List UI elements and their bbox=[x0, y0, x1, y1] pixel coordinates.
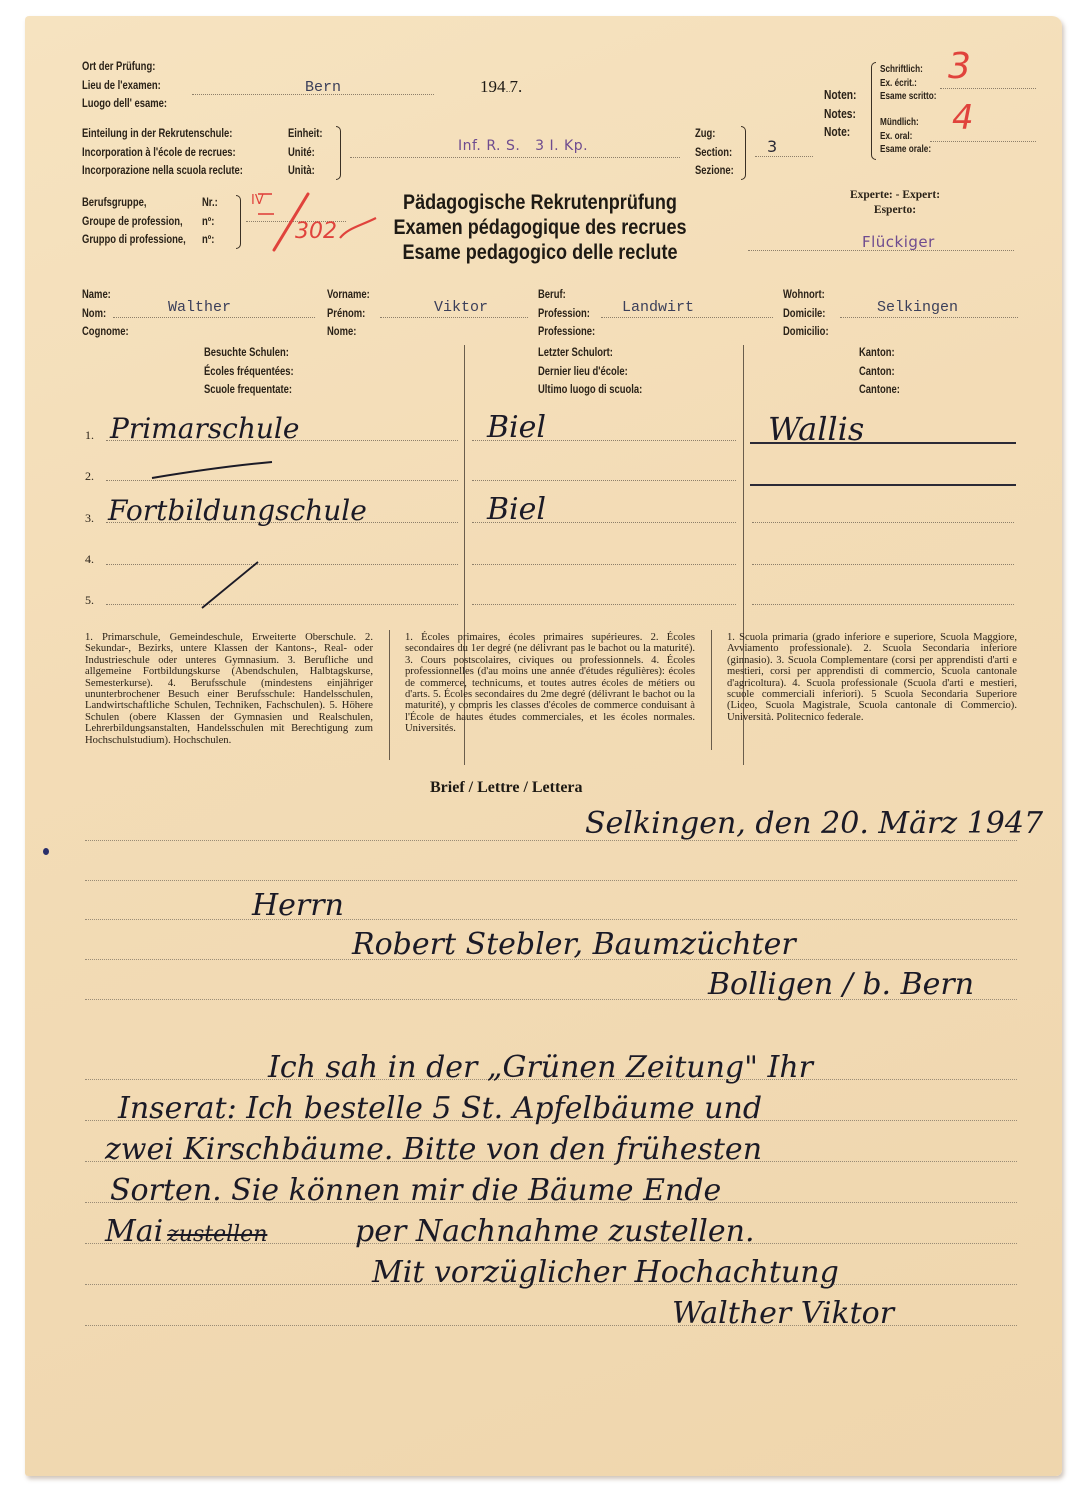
grades-label-fr: Notes: bbox=[824, 105, 856, 124]
profession-labels: Beruf: Profession: Professione: bbox=[538, 286, 595, 342]
expert-label-de-fr: Experte: - Expert: bbox=[800, 188, 990, 203]
name-labels: Name: Nom: Cognome: bbox=[82, 286, 129, 342]
school-entry-5-slash bbox=[196, 558, 266, 612]
profession-group-labels: Berufsgruppe, Groupe de profession, Grup… bbox=[82, 194, 186, 250]
title-fr: Examen pédagogique des recrues bbox=[368, 215, 712, 240]
domicile-dotted-line bbox=[840, 317, 1018, 318]
firstname-dotted-line bbox=[380, 317, 528, 318]
place-labels: Ort der Prüfung: Lieu de l'examen: Luogo… bbox=[82, 58, 167, 114]
section-label-fr: Section: bbox=[695, 144, 734, 163]
profgroup-label-fr: Groupe de profession, bbox=[82, 213, 186, 232]
school-row-line-5 bbox=[106, 604, 458, 605]
firstname-label-de: Vorname: bbox=[327, 286, 370, 305]
place-label-de: Ort der Prüfung: bbox=[82, 58, 167, 77]
school-row-line-4 bbox=[106, 564, 458, 565]
schools-label-fr: Écoles fréquentées: bbox=[204, 363, 294, 382]
place-label-it: Luogo dell' esame: bbox=[82, 95, 167, 114]
domicile-value: Selkingen bbox=[877, 299, 958, 316]
profession-label-fr: Profession: bbox=[538, 305, 595, 324]
grades-brace bbox=[871, 62, 876, 160]
lastplace-label-de: Letzter Schulort: bbox=[538, 344, 642, 363]
body-line-5-start: Mai bbox=[105, 1214, 163, 1249]
written-label-de: Schriftlich: bbox=[880, 63, 937, 77]
unit-label-de: Einteilung in der Rekrutenschule: bbox=[82, 125, 243, 144]
letter-closing: Mit vorzüglicher Hochachtung bbox=[372, 1255, 839, 1290]
unit-value-prefix: Inf. R. S. bbox=[458, 138, 520, 154]
profgroup-label-de: Berufsgruppe, bbox=[82, 194, 186, 213]
footnote-de: 1. Primarschule, Gemeindeschule, Erweite… bbox=[85, 632, 373, 746]
last-school-place-labels: Letzter Schulort: Dernier lieu d'école: … bbox=[538, 344, 642, 400]
domicile-label-de: Wohnort: bbox=[783, 286, 829, 305]
school-entry-2-dash bbox=[148, 458, 278, 484]
profession-dotted-line bbox=[601, 317, 773, 318]
year-suffix: 7. bbox=[510, 77, 523, 96]
canton-row-line-3 bbox=[752, 522, 1014, 523]
letter-signature: Walther Viktor bbox=[672, 1296, 894, 1331]
profession-value: Landwirt bbox=[622, 299, 694, 316]
school-entry-1: Primarschule bbox=[110, 412, 299, 445]
section-label-it: Sezione: bbox=[695, 162, 734, 181]
canton-underline-2 bbox=[750, 484, 1016, 486]
footnote-it: 1. Scuola primaria (grado inferiore e su… bbox=[727, 632, 1017, 723]
written-label-fr: Ex. écrit.: bbox=[880, 77, 937, 91]
letter-line-3 bbox=[85, 919, 1017, 920]
schools-label-it: Scuole frequentate: bbox=[204, 381, 294, 400]
domicile-labels: Wohnort: Domicile: Domicilio: bbox=[783, 286, 829, 342]
grades-label-de: Noten: bbox=[824, 86, 856, 105]
unit-stamp: Inf. R. S. 3 I. Kp. bbox=[458, 138, 588, 154]
letter-body-line-1: Ich sah in der „Grünen Zeitung" Ihr bbox=[268, 1050, 813, 1085]
unit-labels-left: Einteilung in der Rekrutenschule: Incorp… bbox=[82, 125, 243, 181]
profgroup-nr-fr: nº: bbox=[202, 213, 218, 232]
oral-label-fr: Ex. oral: bbox=[880, 130, 931, 144]
row-number-3: 3. bbox=[85, 511, 94, 526]
name-label-de: Name: bbox=[82, 286, 129, 305]
expert-labels: Experte: - Expert: Esperto: bbox=[800, 188, 990, 218]
title-de: Pädagogische Rekrutenprüfung bbox=[368, 190, 712, 215]
title-it: Esame pedagogico delle reclute bbox=[368, 240, 712, 265]
letter-body-line-4: Sorten. Sie können mir die Bäume Ende bbox=[110, 1173, 721, 1208]
lastplace-label-it: Ultimo luogo di scuola: bbox=[538, 381, 642, 400]
domicile-label-it: Domicilio: bbox=[783, 323, 829, 342]
schools-label-de: Besuchte Schulen: bbox=[204, 344, 294, 363]
letter-salutation: Herrn bbox=[252, 888, 344, 923]
oral-label-it: Esame orale: bbox=[880, 143, 931, 157]
profession-label-de: Beruf: bbox=[538, 286, 595, 305]
domicile-label-fr: Domicile: bbox=[783, 305, 829, 324]
unit-value-suffix: 3 I. Kp. bbox=[535, 138, 588, 154]
footnote-divider-2 bbox=[711, 630, 712, 750]
grades-label-it: Note: bbox=[824, 123, 856, 142]
place-label-fr: Lieu de l'examen: bbox=[82, 77, 167, 96]
profgroup-nr-de: Nr.: bbox=[202, 194, 218, 213]
canton-label-it: Cantone: bbox=[859, 381, 900, 400]
footnote-divider-1 bbox=[389, 630, 390, 760]
oral-dotted-line bbox=[930, 141, 1036, 142]
place-value: Bern bbox=[305, 79, 341, 96]
section-brace bbox=[741, 126, 746, 180]
ink-spot bbox=[43, 848, 49, 855]
firstname-labels: Vorname: Prénom: Nome: bbox=[327, 286, 370, 342]
row-number-2: 2. bbox=[85, 469, 94, 484]
letter-body-line-2: Inserat: Ich bestelle 5 St. Apfelbäume u… bbox=[118, 1091, 762, 1126]
canton-row-line-5 bbox=[752, 604, 1014, 605]
expert-label-it: Esperto: bbox=[800, 203, 990, 218]
oral-label-de: Mündlich: bbox=[880, 116, 931, 130]
expert-stamp: Flückiger bbox=[862, 233, 935, 251]
firstname-value: Viktor bbox=[434, 299, 488, 316]
row-number-1: 1. bbox=[85, 428, 94, 443]
unit-label-fr: Incorporation à l'école de recrues: bbox=[82, 144, 243, 163]
canton-value: Wallis bbox=[768, 410, 864, 448]
written-labels: Schriftlich: Ex. écrit.: Esame scritto: bbox=[880, 63, 937, 104]
place-row-line-5 bbox=[472, 604, 736, 605]
profession-group-nr-labels: Nr.: nº: nº: bbox=[202, 194, 218, 250]
written-label-it: Esame scritto: bbox=[880, 90, 937, 104]
canton-labels: Kanton: Canton: Cantone: bbox=[859, 344, 900, 400]
grades-labels: Noten: Notes: Note: bbox=[824, 86, 856, 142]
letter-heading: Brief / Lettre / Lettera bbox=[430, 779, 583, 797]
profgroup-nr-it: nº: bbox=[202, 231, 218, 250]
letter-date-line: Selkingen, den 20. März 1947 bbox=[585, 806, 1043, 841]
place-row-line-4 bbox=[472, 564, 736, 565]
firstname-label-fr: Prénom: bbox=[327, 305, 370, 324]
school-place-1: Biel bbox=[487, 410, 546, 445]
oral-grade: 4 bbox=[952, 98, 974, 138]
letter-body-line-5: Maizustellen bbox=[105, 1214, 271, 1249]
canton-label-fr: Canton: bbox=[859, 363, 900, 382]
school-entry-3: Fortbildungschule bbox=[108, 494, 367, 527]
unit-brace bbox=[336, 126, 341, 180]
unit-label-it: Incorporazione nella scuola reclute: bbox=[82, 162, 243, 181]
name-label-it: Cognome: bbox=[82, 323, 129, 342]
section-dotted-line bbox=[755, 156, 813, 157]
canton-row-line-4 bbox=[752, 564, 1014, 565]
lastplace-label-fr: Dernier lieu d'école: bbox=[538, 363, 642, 382]
firstname-label-it: Nome: bbox=[327, 323, 370, 342]
letter-line-2 bbox=[85, 880, 1017, 881]
written-dotted-line bbox=[940, 88, 1036, 89]
profession-label-it: Professione: bbox=[538, 323, 595, 342]
schools-header-labels: Besuchte Schulen: Écoles fréquentées: Sc… bbox=[204, 344, 294, 400]
profgroup-label-it: Gruppo di professione, bbox=[82, 231, 186, 250]
year-prefix: 194 bbox=[480, 77, 506, 96]
unit-sublabel-fr: Unité: bbox=[288, 144, 323, 163]
row-number-5: 5. bbox=[85, 593, 94, 608]
letter-body-line-5-rest: per Nachnahme zustellen. bbox=[355, 1214, 755, 1249]
written-grade: 3 bbox=[948, 46, 971, 87]
footnote-fr: 1. Écoles primaires, écoles primaires su… bbox=[405, 632, 695, 735]
unit-dotted-line bbox=[350, 157, 680, 158]
oral-labels: Mündlich: Ex. oral: Esame orale: bbox=[880, 116, 931, 157]
section-labels: Zug: Section: Sezione: bbox=[695, 125, 734, 181]
place-row-line-2 bbox=[472, 480, 736, 481]
school-place-3: Biel bbox=[487, 492, 546, 527]
name-label-fr: Nom: bbox=[82, 305, 129, 324]
profgroup-number: 302 bbox=[295, 219, 337, 244]
letter-recipient-name: Robert Stebler, Baumzüchter bbox=[352, 927, 796, 962]
unit-labels-right: Einheit: Unité: Unità: bbox=[288, 125, 323, 181]
section-label-de: Zug: bbox=[695, 125, 734, 144]
unit-sublabel-de: Einheit: bbox=[288, 125, 323, 144]
name-value: Walther bbox=[168, 299, 231, 316]
section-value: 3 bbox=[767, 137, 777, 156]
canton-label-de: Kanton: bbox=[859, 344, 900, 363]
name-dotted-line bbox=[113, 317, 315, 318]
row-number-4: 4. bbox=[85, 552, 94, 567]
year-field: 1947. bbox=[480, 77, 522, 97]
letter-recipient-address: Bolligen / b. Bern bbox=[708, 967, 974, 1002]
profgroup-roman: IV bbox=[251, 193, 264, 208]
form-title: Pädagogische Rekrutenprüfung Examen péda… bbox=[340, 190, 740, 265]
letter-body-line-3: zwei Kirschbäume. Bitte von den früheste… bbox=[105, 1132, 762, 1167]
struck-word: zustellen bbox=[167, 1222, 267, 1247]
unit-sublabel-it: Unità: bbox=[288, 162, 323, 181]
